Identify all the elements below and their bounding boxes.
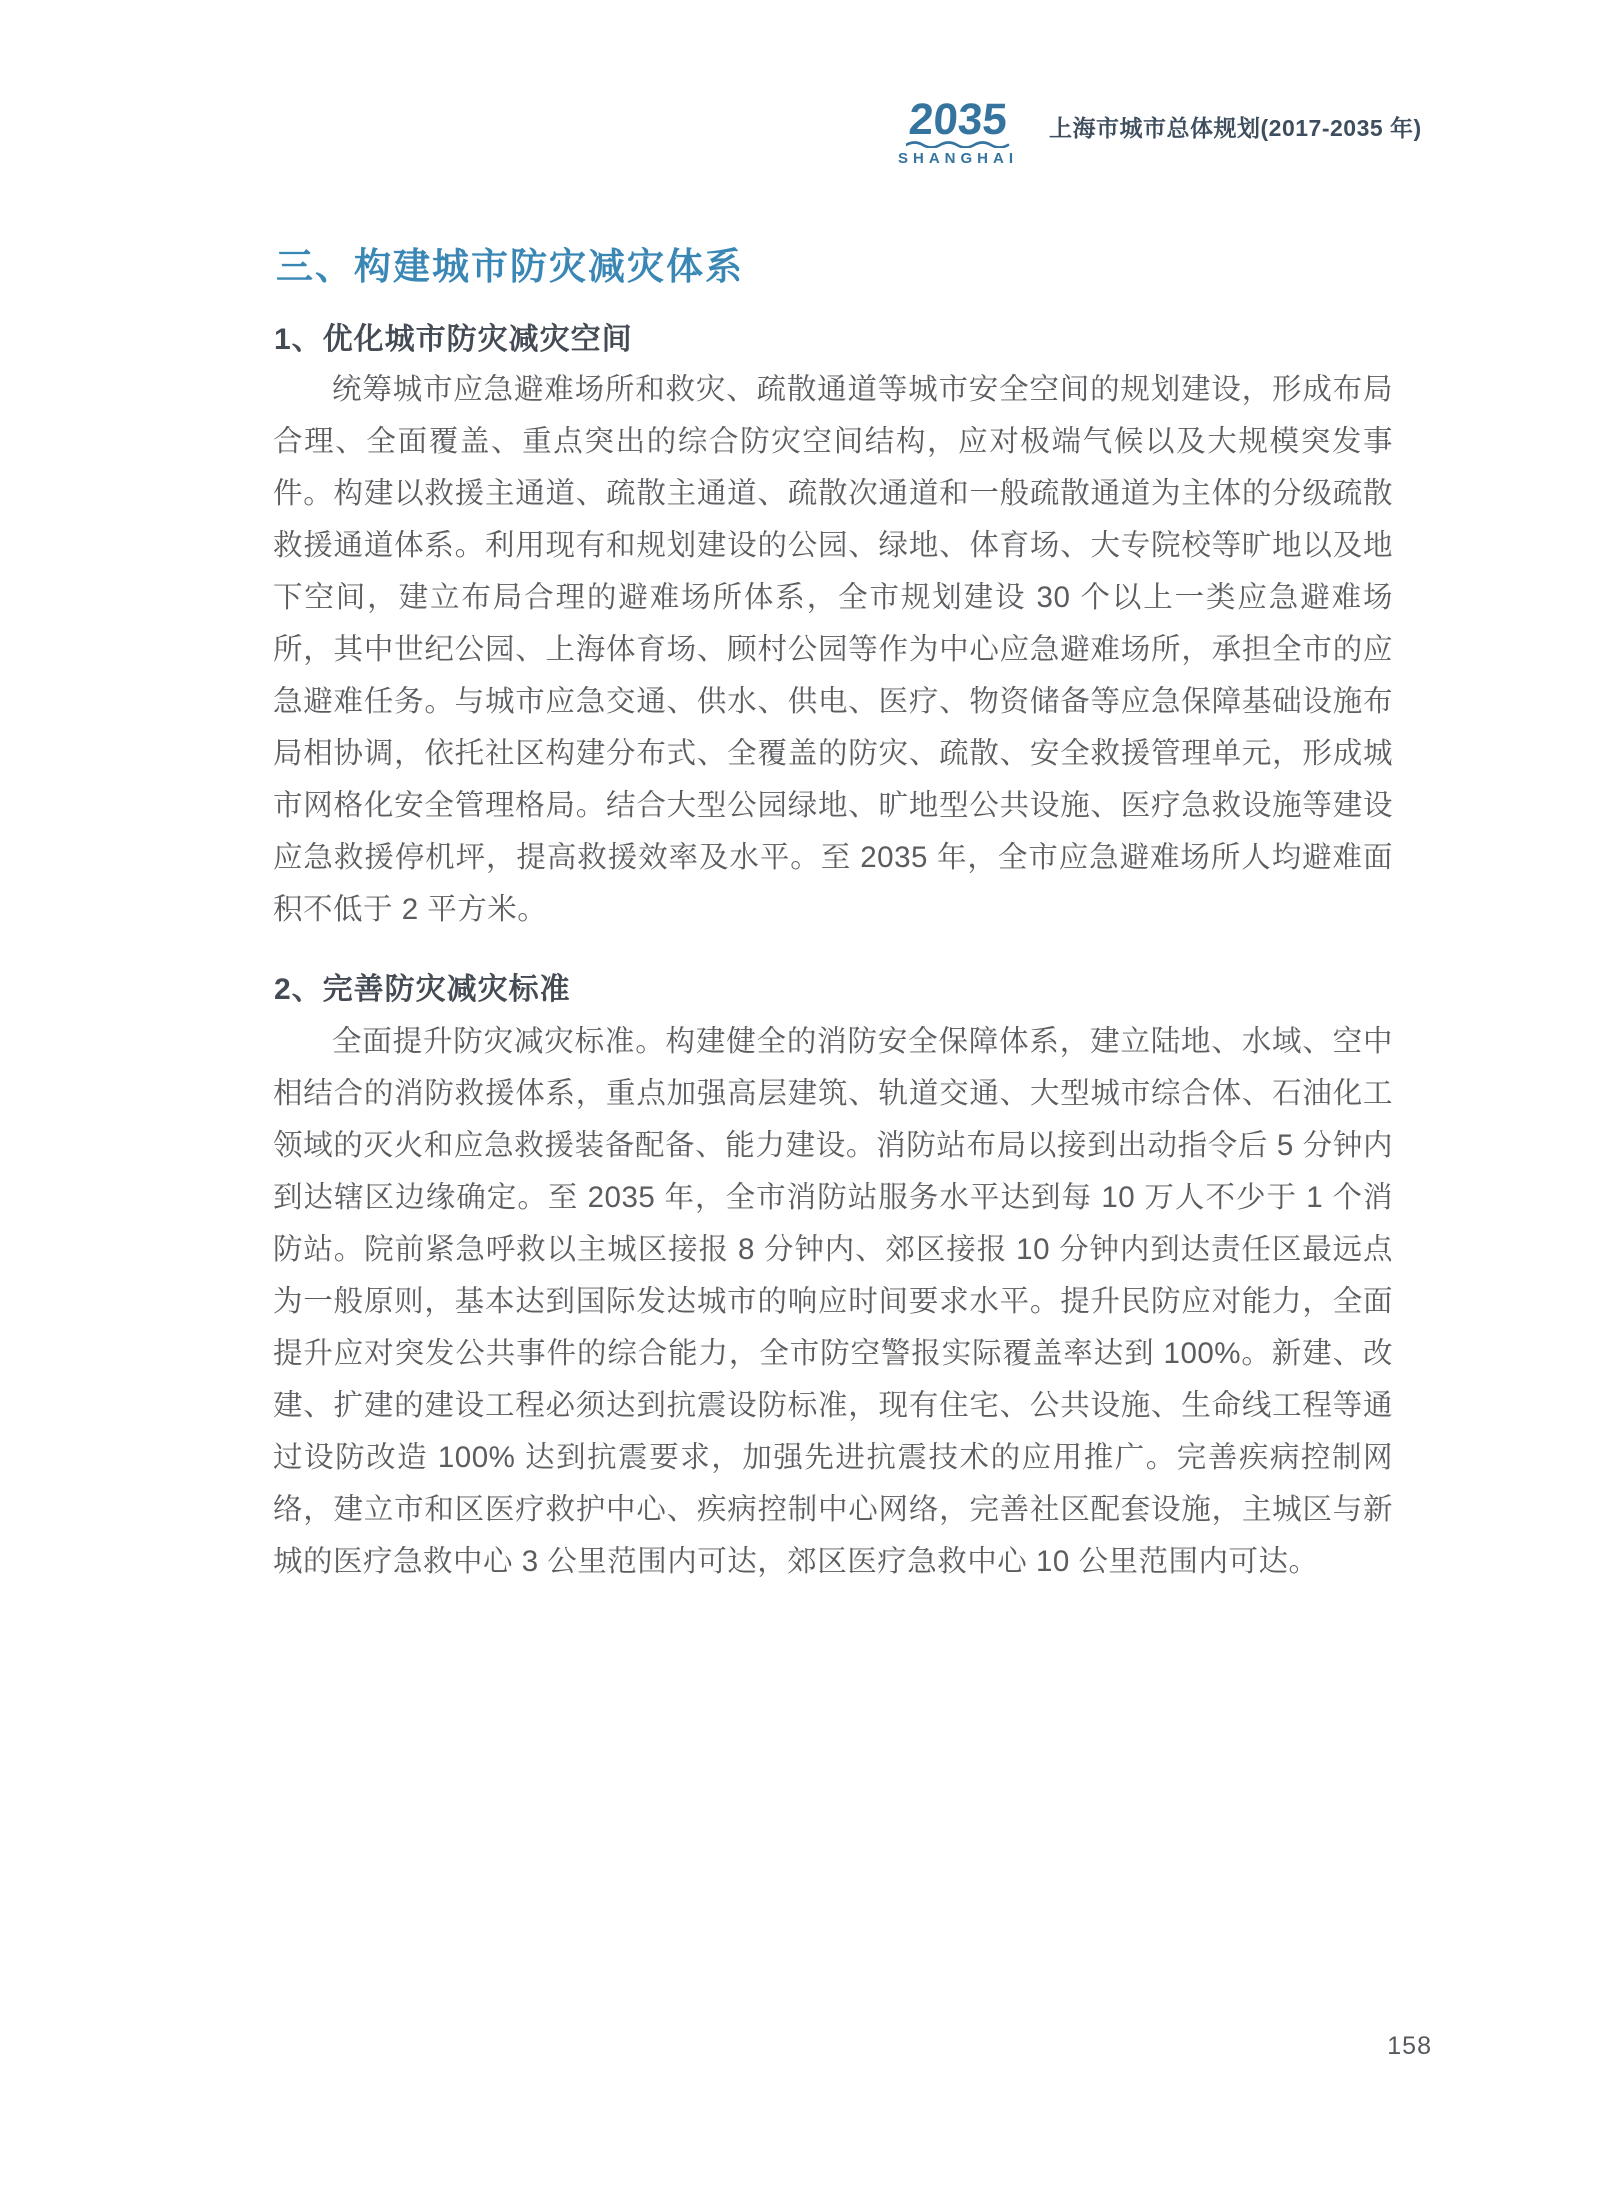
logo-subtext: SHANGHAI xyxy=(893,150,1023,167)
subsection-paragraph-2: 全面提升防灾减灾标准。构建健全的消防安全保障体系，建立陆地、水域、空中相结合的消… xyxy=(273,1016,1393,1588)
page-header: 2035 SHANGHAI 上海市城市总体规划(2017-2035 年) xyxy=(893,100,1422,167)
subsection-heading-1: 1、优化城市防灾减灾空间 xyxy=(274,314,633,358)
subsection-heading-2: 2、完善防灾减灾标准 xyxy=(274,964,571,1008)
logo-year-text: 2035 xyxy=(892,100,1025,140)
subsection-paragraph-1: 统筹城市应急避难场所和救灾、疏散通道等城市安全空间的规划建设，形成布局合理、全面… xyxy=(273,364,1393,936)
document-page: 2035 SHANGHAI 上海市城市总体规划(2017-2035 年) 三、构… xyxy=(0,0,1614,2205)
document-title: 上海市城市总体规划(2017-2035 年) xyxy=(1049,110,1422,157)
shanghai-2035-logo: 2035 SHANGHAI xyxy=(893,100,1023,167)
page-number: 158 xyxy=(1387,2032,1432,2061)
section-title: 三、构建城市防灾减灾体系 xyxy=(276,236,744,290)
